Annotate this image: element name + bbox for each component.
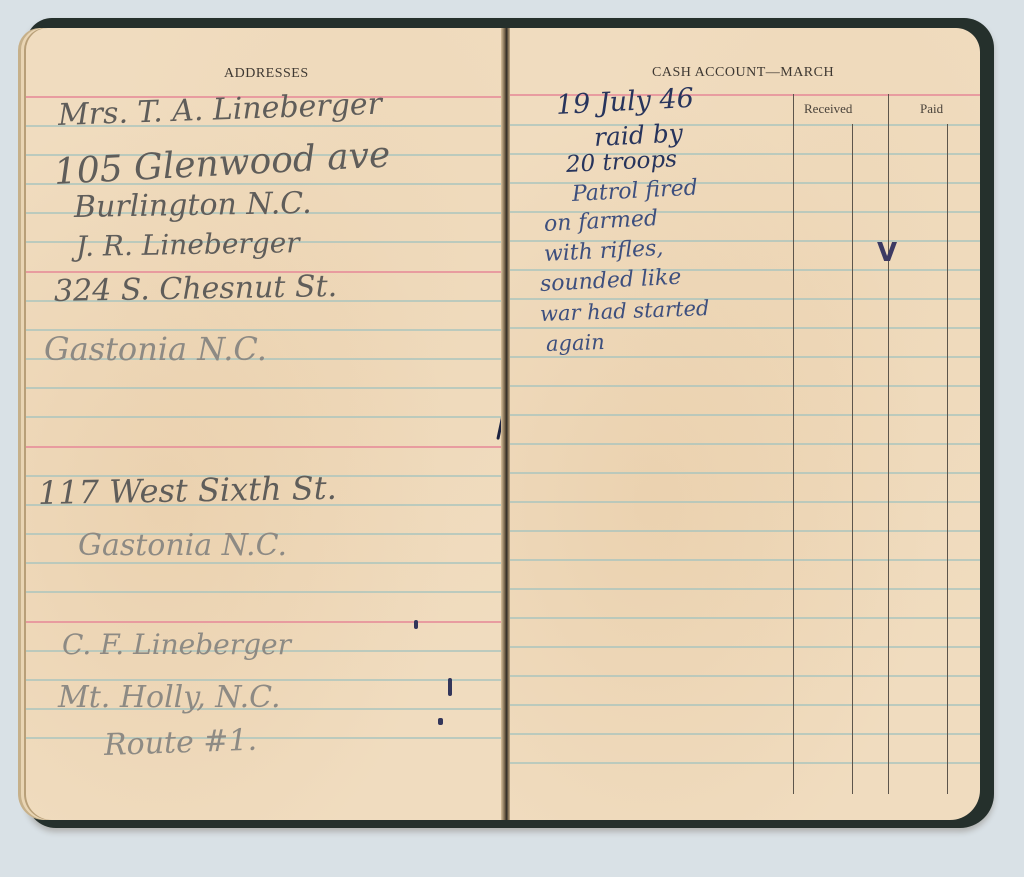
diary-line: on farmed — [543, 206, 658, 237]
blue-rule — [510, 617, 980, 619]
column-header-received: Received — [804, 101, 852, 117]
address-line: Burlington N.C. — [74, 186, 312, 225]
received-check-mark: V — [877, 238, 897, 268]
right-page-cash-account: CASH ACCOUNT—MARCH Received Paid 19 July… — [510, 28, 980, 820]
blue-rule — [510, 414, 980, 416]
address-line: 324 S. Chesnut St. — [54, 269, 338, 309]
blue-rule — [510, 472, 980, 474]
blue-rule — [510, 385, 980, 387]
ink-blot — [414, 620, 418, 629]
blue-rule — [510, 443, 980, 445]
blue-rule — [510, 530, 980, 532]
blue-rule — [26, 416, 504, 418]
address-line: J. R. Lineberger — [76, 226, 300, 263]
diary-line: war had started — [540, 296, 710, 326]
blue-rule — [510, 646, 980, 648]
page-heading-cash-account: CASH ACCOUNT—MARCH — [652, 65, 834, 81]
red-rule — [26, 621, 504, 623]
diary-line: with rifles, — [543, 236, 664, 267]
address-line: Gastonia N.C. — [44, 330, 267, 368]
ink-blot — [448, 678, 452, 696]
blue-rule — [510, 588, 980, 590]
blue-rule — [510, 501, 980, 503]
blue-rule — [510, 559, 980, 561]
blue-rule — [26, 387, 504, 389]
blue-rule — [26, 591, 504, 593]
ink-blot — [438, 718, 443, 725]
column-divider-received-left — [793, 94, 794, 794]
blue-rule — [510, 675, 980, 677]
red-rule — [26, 446, 504, 448]
page-heading-addresses: ADDRESSES — [224, 66, 309, 82]
blue-rule — [510, 704, 980, 706]
column-divider-paid-left — [888, 94, 889, 794]
diary-line: 19 July 46 — [555, 83, 694, 121]
blue-rule — [510, 124, 980, 126]
address-line: Route #1. — [103, 723, 257, 763]
diary-line: 20 troops — [565, 146, 677, 178]
column-header-paid: Paid — [920, 101, 943, 117]
left-page-addresses: ADDRESSES Mrs. T. A. Lineberger 105 Glen… — [18, 28, 504, 820]
blue-rule — [510, 327, 980, 329]
diary-line: Patrol fired — [571, 175, 698, 207]
blue-rule — [26, 737, 504, 739]
blue-rule — [510, 762, 980, 764]
column-divider-received-cents — [852, 124, 853, 794]
address-line: 117 West Sixth St. — [38, 469, 337, 512]
address-line: Mt. Holly, N.C. — [58, 680, 281, 715]
column-divider-paid-cents — [947, 124, 948, 794]
blue-rule — [510, 356, 980, 358]
address-line: Gastonia N.C. — [78, 528, 287, 563]
address-line: C. F. Lineberger — [62, 628, 291, 661]
diary-line: again — [546, 330, 606, 356]
blue-rule — [510, 733, 980, 735]
